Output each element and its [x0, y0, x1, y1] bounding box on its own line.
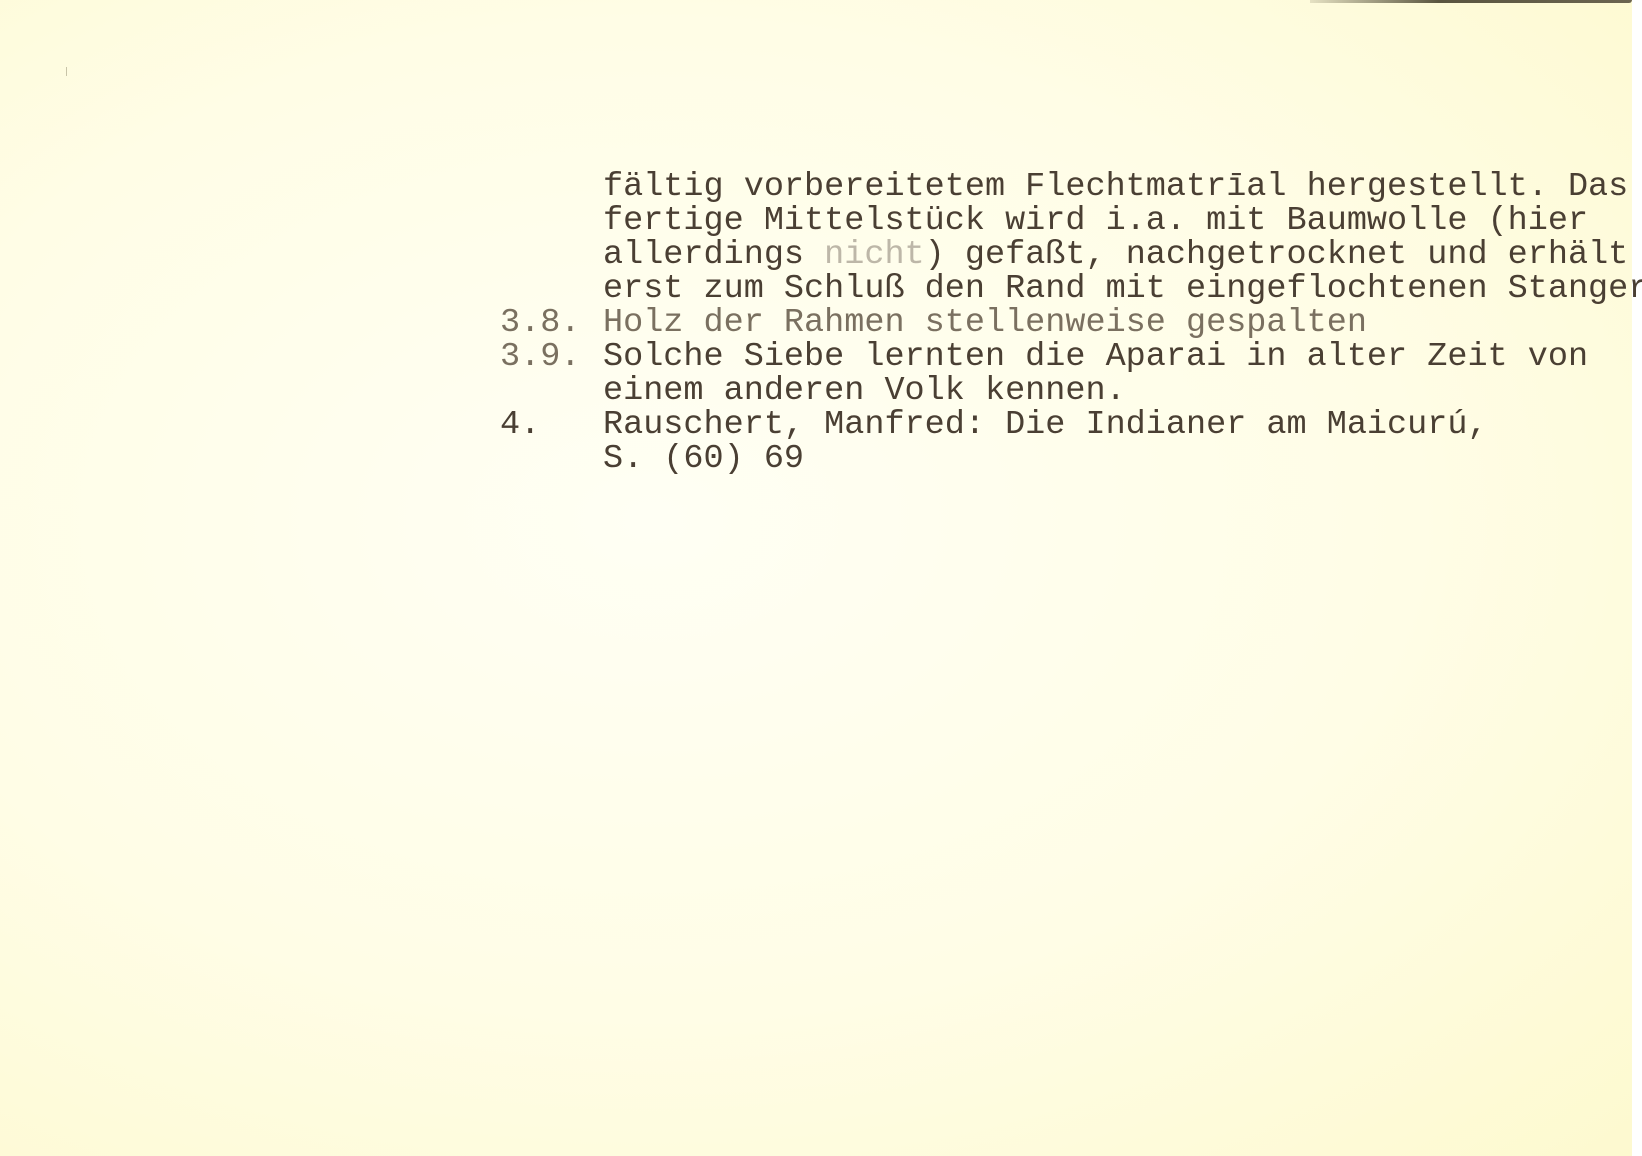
continuation-line-4: erst zum Schluß den Rand mit eingeflocht…: [603, 272, 1642, 306]
entry-number-3-9: 3.9.: [500, 340, 580, 374]
continuation-line-1: fältig vorbereitetem Flechtmatrīal herge…: [603, 170, 1628, 204]
entry-4-line-2: S. (60) 69: [603, 442, 804, 476]
faded-word: nicht: [824, 236, 925, 274]
typewritten-text: fältig vorbereitetem Flechtmatrīal herge…: [0, 0, 80, 578]
continuation-line-3: allerdings nicht) gefaßt, nachgetrocknet…: [603, 238, 1628, 272]
card-top-edge-shadow: [1310, 0, 1632, 3]
entry-4-line-1: Rauschert, Manfred: Die Indianer am Maic…: [603, 408, 1488, 442]
line3-after: ) gefaßt, nachgetrocknet und erhält: [925, 236, 1629, 274]
index-card: fältig vorbereitetem Flechtmatrīal herge…: [0, 0, 1632, 1156]
entry-3-9-line-1: Solche Siebe lernten die Aparai in alter…: [603, 340, 1588, 374]
entry-3-9-line-2: einem anderen Volk kennen.: [603, 374, 1126, 408]
entry-3-8-line-1: Holz der Rahmen stellenweise gespalten: [603, 306, 1367, 340]
continuation-line-2: fertige Mittelstück wird i.a. mit Baumwo…: [603, 204, 1588, 238]
entry-number-3-8: 3.8.: [500, 306, 580, 340]
line3-before: allerdings: [603, 236, 824, 274]
entry-number-4: 4.: [500, 408, 540, 442]
